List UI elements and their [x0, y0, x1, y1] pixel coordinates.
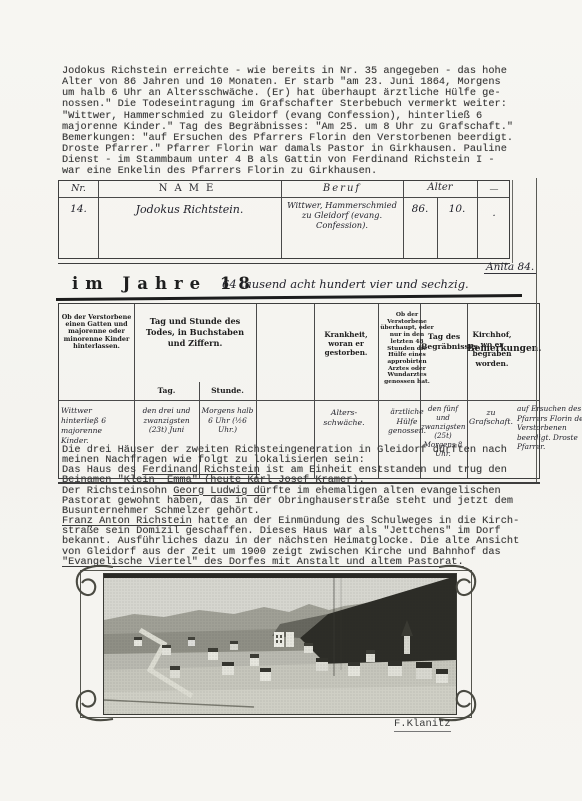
corner-note-handwritten: Anita 84. [484, 261, 536, 274]
scanned-document-page: Jodokus Richstein erreichte - wie bereit… [0, 0, 582, 801]
table1-row-extra: . [477, 207, 511, 219]
table2-subheader-stunde: Stunde. [199, 386, 256, 395]
photo-caption: F.Klanitz [394, 718, 451, 732]
table2-row-gatten: Wittwer hinterließ 6 majorenne Kinder. [61, 406, 132, 446]
houses-paragraph: Die drei Häuser der zweiten Richsteingen… [62, 445, 540, 567]
table1-row-nr: 14. [59, 203, 98, 215]
table1-row-alter-monate: 10. [437, 203, 477, 215]
ornament-corner-top-left [70, 562, 114, 602]
table1-row-beruf: Wittwer, Hammerschmied zu Gleidorf (evan… [284, 200, 400, 230]
table2-row-stunde: Morgens halb 6 Uhr (½6 Uhr.) [201, 406, 254, 435]
ornament-corner-top-right [438, 562, 482, 602]
table2-header-bemerkungen: Bemerkungen. [467, 344, 541, 354]
table2-header-rule [59, 400, 539, 401]
heading-rule [56, 294, 522, 301]
table1-row-name: Jodokus Richtstein. [103, 203, 276, 216]
table2-header-gatten: Ob der Verstorbene einen Gatten und majo… [61, 314, 132, 350]
table1-header-rule [59, 197, 509, 198]
village-photo-art [104, 574, 456, 714]
table2-row-tag: den drei und zwanzigsten (23t) Juni [136, 406, 197, 435]
village-photo [103, 573, 457, 715]
table1-header-nr: Nr. [59, 183, 98, 194]
scan-edge-line [512, 180, 513, 263]
table2-header-krankheit: Krankheit, woran er gestorben. [316, 330, 376, 357]
ornament-corner-bottom-left [70, 684, 114, 724]
table1-header-alter: Alter [403, 182, 477, 193]
table1-bottom-rule [58, 263, 510, 264]
table2-header-tag-stunde: Tag und Stunde des Todes, in Buchstaben … [137, 316, 253, 349]
table1-row-beruf-line1: Wittwer, Hammerschmied [284, 200, 400, 210]
intro-paragraph: Jodokus Richstein erreichte - wie bereit… [62, 66, 540, 178]
table2-row-krankheit: Alters- schwäche. [316, 408, 372, 428]
table1-header-beruf: Beruf [281, 183, 403, 194]
table1-row-alter-jahre: 86. [403, 203, 437, 215]
scan-edge-line [536, 178, 537, 482]
table1-row-beruf-line2: zu Gleidorf (evang. Confession). [284, 210, 400, 230]
table2-row-kirchhof: zu Grafschaft. [469, 408, 513, 426]
table2-header-begraebnis: Tag des Begräbnisses. [421, 332, 467, 352]
table1-header-extra: — [477, 185, 511, 195]
register-name-table: Nr. NAME Beruf Alter — 14. Jodokus Richt… [58, 180, 510, 259]
table1-header-name: NAME [98, 183, 281, 194]
table2-subheader-tag: Tag. [134, 386, 199, 395]
register-year-handwritten: 64 tausend acht hundert vier und sechzig… [222, 277, 469, 291]
